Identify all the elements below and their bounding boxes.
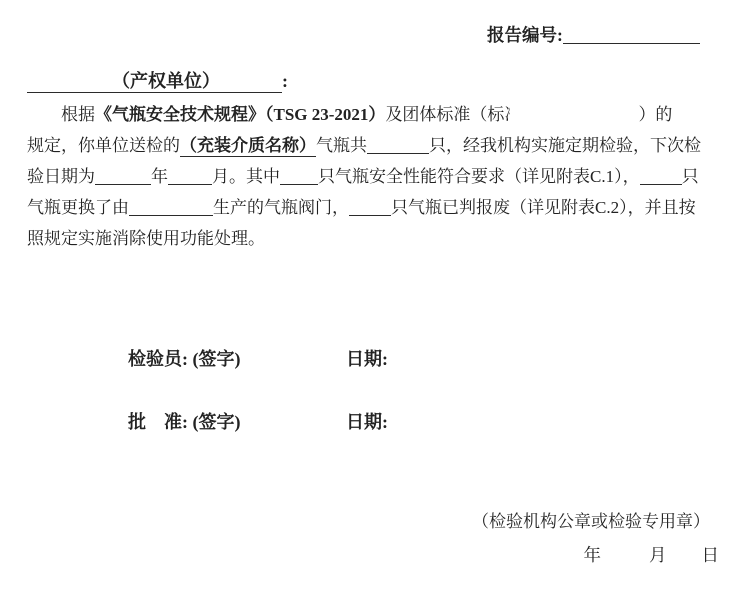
next-inspection-year-blank (95, 167, 151, 185)
month-label: 月 (649, 545, 667, 565)
standard-name-blank (510, 119, 638, 120)
owner-unit-line: （产权单位）: (27, 71, 288, 93)
line1-tail-text: ）的 (638, 105, 672, 124)
report-number-line: 报告编号: (487, 25, 700, 46)
paragraph-line-1: 根据《气瓶安全技术规程》（TSG 23-2021）及团体标准（标准）的 (27, 104, 672, 125)
month-day-gap (667, 560, 702, 561)
qualified-count-blank (280, 167, 318, 185)
owner-unit-blank-left (27, 86, 112, 87)
year-label: 年 (584, 545, 602, 565)
paragraph-line-4: 气瓶更换了由生产的气瓶阀门，只气瓶已判报废（详见附表C.2），并且按 (27, 197, 696, 218)
next-inspection-month-blank (168, 167, 212, 185)
inspector-signature-label: 检验员: (签字) (128, 349, 346, 370)
filling-medium-label: （充装介质名称） (180, 135, 316, 157)
report-number-label: 报告编号: (487, 25, 563, 45)
line2-a-text: 规定，你单位送检的 (27, 136, 180, 155)
day-label: 日 (702, 545, 720, 565)
report-number-blank (563, 26, 700, 45)
valve-manufacturer-blank (129, 198, 213, 216)
year-month-gap (601, 560, 649, 561)
owner-unit-blank-right (220, 86, 282, 87)
line3-a-text: 验日期为 (27, 167, 95, 186)
paragraph-line-3: 验日期为年月。其中只气瓶安全性能符合要求（详见附表C.1），只 (27, 166, 699, 187)
document-page: 报告编号: （产权单位）: 根据《气瓶安全技术规程》（TSG 23-2021）及… (0, 0, 740, 595)
line4-a-text: 气瓶更换了由 (27, 198, 129, 217)
inspector-signature-row: 检验员: (签字)日期: (128, 349, 388, 370)
regulation-title: 《气瓶安全技术规程》（TSG 23-2021） (95, 105, 385, 124)
cylinder-total-count-blank (367, 136, 429, 154)
seal-note: （检验机构公章或检验专用章） (472, 511, 710, 532)
owner-unit-label: （产权单位） (112, 71, 220, 91)
standard-mid-text: 及团体标准（标 (385, 105, 504, 124)
paragraph-line-2: 规定，你单位送检的（充装介质名称）气瓶共只，经我机构实施定期检验，下次检 (27, 135, 701, 157)
line3-d-text: 只气瓶安全性能符合要求（详见附表C.1）， (318, 167, 640, 186)
line3-c-text: 月。其中 (212, 167, 280, 186)
line2-c-text: 只，经我机构实施定期检验，下次检 (429, 136, 701, 155)
date-line: 年月日 (584, 545, 720, 566)
approver-signature-label: 批 准: (签字) (128, 412, 346, 433)
line4-b-text: 生产的气瓶阀门， (213, 198, 349, 217)
standard-name-clipped-char: 准 (504, 104, 510, 125)
line3-e-text: 只 (682, 167, 699, 186)
owner-unit-colon: : (282, 71, 288, 91)
line4-c-text: 只气瓶已判报废（详见附表C.2），并且按 (391, 198, 696, 217)
line5-text: 照规定实施消除使用功能处理。 (27, 229, 265, 248)
body-lead-text: 根据 (61, 105, 95, 124)
owner-unit-underlined-group: （产权单位） (27, 71, 282, 93)
valve-replaced-count-blank (640, 167, 682, 185)
year-char: 年 (151, 167, 168, 186)
paragraph-line-5: 照规定实施消除使用功能处理。 (27, 228, 265, 249)
approver-date-label: 日期: (346, 412, 388, 432)
line2-b-text: 气瓶共 (316, 136, 367, 155)
scrapped-count-blank (349, 198, 391, 216)
inspector-date-label: 日期: (346, 349, 388, 369)
approver-signature-row: 批 准: (签字)日期: (128, 412, 388, 433)
